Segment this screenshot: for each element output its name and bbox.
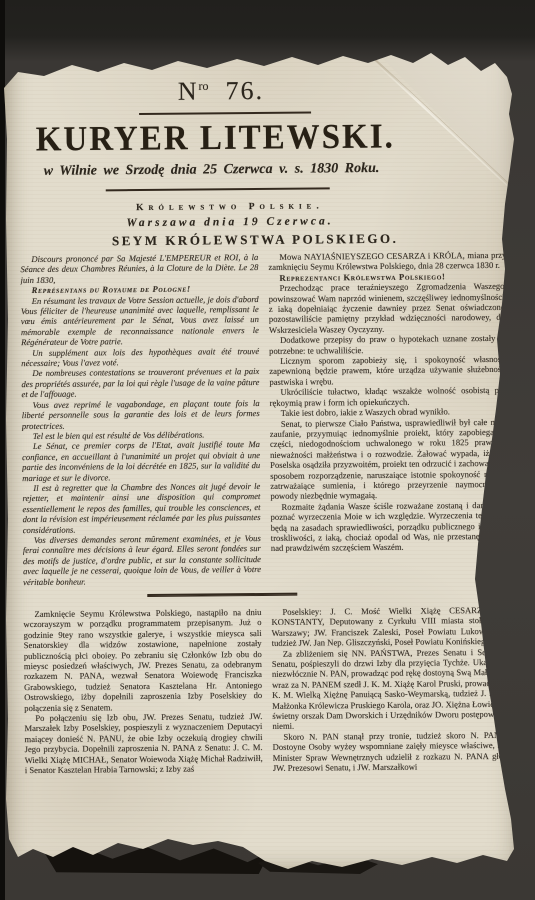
paragraph: De nombreuses contestations se trouveron… xyxy=(21,366,259,399)
printed-content: Nro 76. KURYER LITEWSKI. w Wilnie we Srz… xyxy=(0,16,522,880)
bottom-columns: Zamknięcie Seymu Królewstwa Polskiego, n… xyxy=(23,605,511,796)
newspaper-page: Nro 76. KURYER LITEWSKI. w Wilnie we Srz… xyxy=(2,18,518,878)
paragraph: Po połączeniu się Izb obu, JW. Prezes Se… xyxy=(24,711,263,776)
section-dateline: Warszawa dnia 19 Czerwca. xyxy=(0,214,460,230)
column-right-bottom: Poselskiey: J. C. Mość Wielki Xiążę CESA… xyxy=(271,605,511,794)
paragraph: Licznym sporom zapobieży się, i spokoyno… xyxy=(269,354,507,387)
publication-dateline: w Wilnie we Srzodę dnia 25 Czerwca v. s.… xyxy=(0,161,424,181)
issue-prefix: N xyxy=(178,77,199,106)
section-divider-rule xyxy=(147,593,297,597)
issue-number: Nro 76. xyxy=(0,74,443,108)
paragraph: Za zbliżeniem się NN. PAŃSTWA, Prezes Se… xyxy=(272,646,511,731)
paragraph: Poselskiey: J. C. Mość Wielki Xiążę CESA… xyxy=(271,605,509,649)
section-kingdom-heading: Królewstwo Polskie. xyxy=(0,200,460,214)
column-left-french: Discours prononcé par Sa Majesté L'EMPER… xyxy=(20,252,261,587)
paragraph: Mowa NAYIAŚNIEYSZEGO CESARZA i KRÓLA, mi… xyxy=(268,250,506,273)
paragraph: Senat, to pierwsze Ciało Państwa, uspraw… xyxy=(270,416,509,501)
paragraph: Un supplément aux lois des hypothèques a… xyxy=(21,346,259,369)
backdrop-edge xyxy=(0,0,5,900)
column-left-bottom: Zamknięcie Seymu Królewstwa Polskiego, n… xyxy=(23,607,263,796)
paragraph: Przechodząc prace teraźnieyszego Zgromad… xyxy=(269,281,507,335)
paragraph: Discours prononcé par Sa Majesté L'EMPER… xyxy=(20,252,258,285)
paragraph: Dodatkowe przepisy do praw o hypotekach … xyxy=(269,333,507,356)
paragraph: Vos diverses demandes seront mûrement ex… xyxy=(23,533,261,587)
article-heading: SEYM KRÓLEWSTWA POLSKIEGO. xyxy=(0,230,510,250)
top-columns: Discours prononcé par Sa Majesté L'EMPER… xyxy=(20,250,509,587)
divider-rule xyxy=(106,187,330,191)
issue-value: 76. xyxy=(225,76,264,105)
issue-superscript: ro xyxy=(198,79,208,93)
paragraph: Le Sénat, ce premier corps de l'Etat, av… xyxy=(22,439,260,483)
paragraph: En résumant les travaux de Votre Session… xyxy=(21,294,259,348)
column-right-polish: Mowa NAYIAŚNIEYSZEGO CESARZA i KRÓLA, mi… xyxy=(268,250,509,585)
newspaper-title: KURYER LITEWSKI. xyxy=(0,117,431,160)
divider-rule xyxy=(139,112,311,116)
paragraph: Ukróciliście tułactwo, kładąc wszakże wo… xyxy=(269,385,507,408)
paragraph: Vous avez reprimé le vagabondage, en pla… xyxy=(22,398,260,431)
paragraph: Zamknięcie Seymu Królewstwa Polskiego, n… xyxy=(23,607,262,713)
paragraph: Rozmaite żądania Wasze ściśle rozważane … xyxy=(270,500,508,554)
paragraph: Skoro N. PAN stanął przy tronie, tudzież… xyxy=(272,730,510,774)
paragraph: Il est à regretter que la Chambre des No… xyxy=(22,481,260,535)
